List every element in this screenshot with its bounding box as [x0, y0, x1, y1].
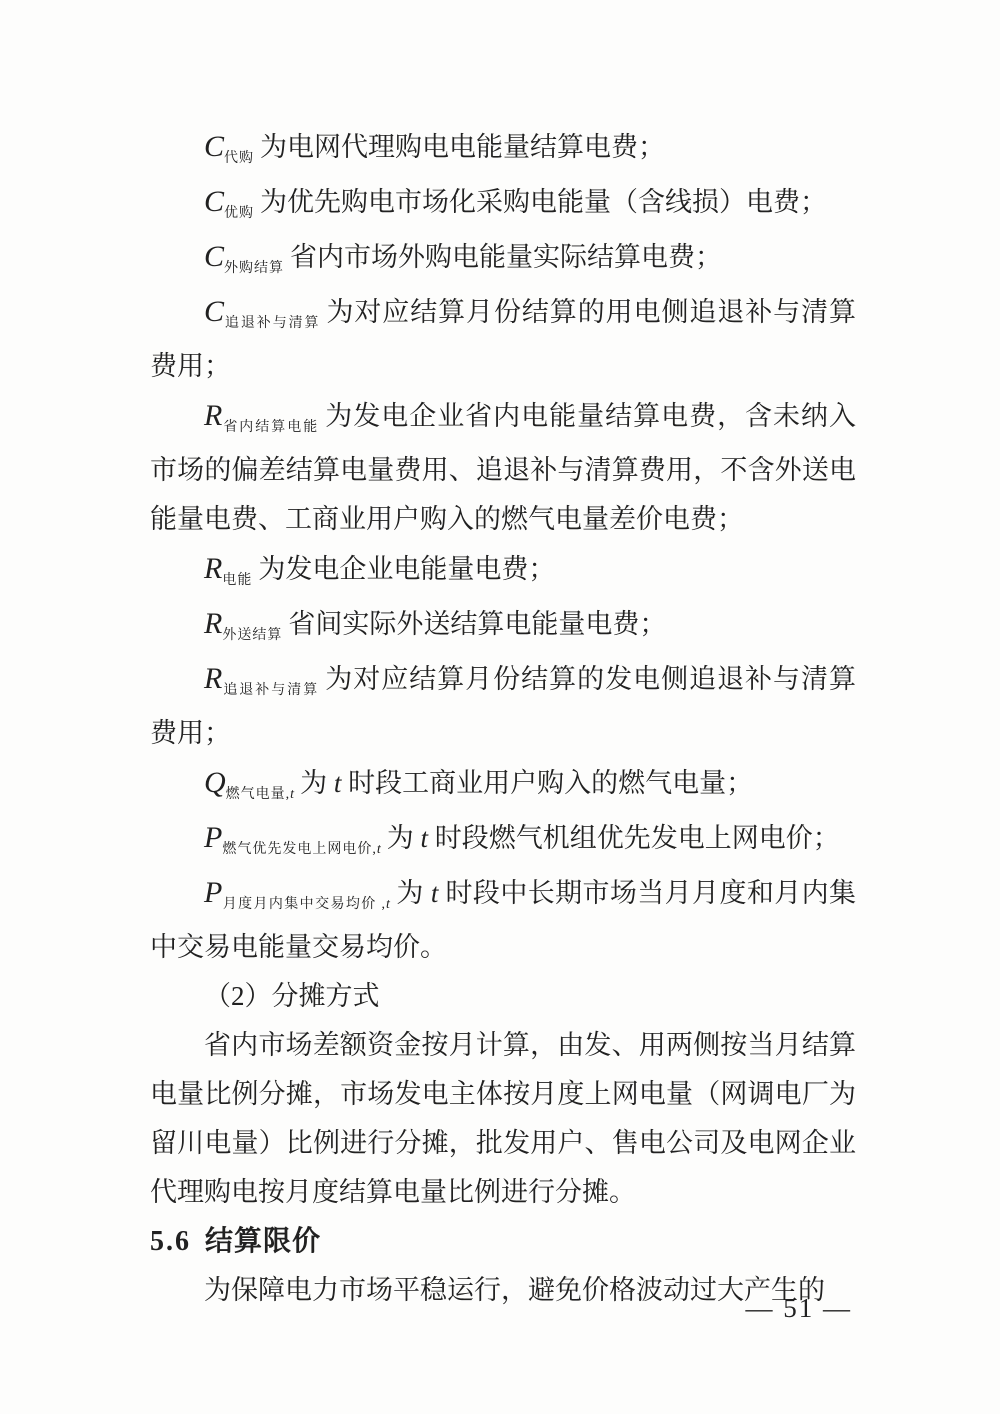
definition-paragraph: R追退补与清算为对应结算月份结算的发电侧追退补与清算费用； — [150, 654, 856, 758]
variable-subscript: 省内结算电能 — [222, 420, 319, 435]
subscript-time-index: t — [290, 787, 294, 802]
formula-variable: P月度月内集中交易均价 ,t — [204, 878, 390, 908]
subscript-time-index: t — [377, 842, 381, 857]
variable-subscript: 追退补与清算 — [224, 316, 320, 331]
variable-subscript: 代购 — [224, 151, 254, 166]
sub-item-heading: （2）分摊方式 — [150, 972, 856, 1021]
definition-text: 为发电企业电能量电费； — [258, 554, 555, 584]
variable-letter: P — [204, 821, 222, 854]
definition-paragraph: C优购为优先购电市场化采购电能量（含线损）电费； — [150, 177, 856, 232]
formula-variable: R外送结算 — [204, 609, 282, 639]
formula-variable: C外购结算 — [204, 242, 284, 272]
formula-variable: C代购 — [204, 132, 254, 162]
definition-paragraph: Q燃气电量,t为 t 时段工商业用户购入的燃气电量； — [150, 758, 856, 813]
variable-letter: C — [204, 130, 224, 163]
allocation-paragraph: 省内市场差额资金按月计算，由发、用两侧按当月结算电量比例分摊，市场发电主体按月度… — [150, 1021, 856, 1217]
section-number: 5.6 — [150, 1226, 191, 1257]
subscript-text: 追退补与清算 — [224, 316, 320, 331]
variable-letter: R — [204, 607, 222, 640]
subscript-text: 外购结算 — [224, 261, 284, 276]
page-number: — 51 — — [746, 1284, 853, 1333]
definition-text-after: 时段燃气机组优先发电上网电价； — [428, 823, 840, 853]
definition-text: 为 — [396, 878, 431, 908]
variable-subscript: 燃气电量,t — [226, 787, 294, 802]
variable-subscript: 电能 — [222, 573, 252, 588]
subscript-text: 燃气优先发电上网电价, — [222, 842, 377, 857]
variable-subscript: 优购 — [224, 206, 254, 221]
definition-paragraph: C代购为电网代理购电电能量结算电费； — [150, 122, 856, 177]
definition-paragraph: R电能为发电企业电能量电费； — [150, 544, 856, 599]
variable-subscript: 月度月内集中交易均价 ,t — [222, 897, 390, 912]
subscript-text: 月度月内集中交易均价 , — [222, 897, 386, 912]
definition-paragraph: C外购结算省内市场外购电能量实际结算电费； — [150, 232, 856, 287]
formula-variable: C追退补与清算 — [204, 297, 320, 327]
formula-variable: Q燃气电量,t — [204, 768, 294, 798]
variable-letter: R — [204, 662, 222, 695]
formula-variable: C优购 — [204, 187, 254, 217]
definition-text: 为 — [387, 823, 421, 853]
definition-text: 为 — [300, 768, 334, 798]
variable-letter: R — [204, 552, 222, 585]
definition-text: 省间实际外送结算电能量电费； — [288, 609, 666, 639]
definition-text: 省内市场外购电能量实际结算电费； — [290, 242, 722, 272]
formula-variable: P燃气优先发电上网电价,t — [204, 823, 381, 853]
variable-subscript: 外购结算 — [224, 261, 284, 276]
formula-variable: R省内结算电能 — [204, 401, 319, 431]
variable-letter: C — [204, 240, 224, 273]
subscript-text: 外送结算 — [222, 628, 282, 643]
time-index-t: t — [420, 823, 428, 853]
page-body: C代购为电网代理购电电能量结算电费；C优购为优先购电市场化采购电能量（含线损）电… — [150, 122, 856, 1315]
subscript-text: 优购 — [224, 206, 254, 221]
variable-subscript: 外送结算 — [222, 628, 282, 643]
section-title: 结算限价 — [205, 1226, 321, 1257]
formula-variable: R电能 — [204, 554, 252, 584]
definitions-list: C代购为电网代理购电电能量结算电费；C优购为优先购电市场化采购电能量（含线损）电… — [150, 122, 856, 972]
definition-paragraph: C追退补与清算为对应结算月份结算的用电侧追退补与清算费用； — [150, 287, 856, 391]
definition-paragraph: R省内结算电能为发电企业省内电能量结算电费，含未纳入市场的偏差结算电量费用、追退… — [150, 391, 856, 544]
formula-variable: R追退补与清算 — [204, 664, 319, 694]
variable-letter: Q — [204, 766, 226, 799]
subscript-text: 燃气电量, — [226, 787, 291, 802]
subscript-text: 电能 — [222, 573, 252, 588]
document-page: C代购为电网代理购电电能量结算电费；C优购为优先购电市场化采购电能量（含线损）电… — [0, 0, 1000, 1414]
definition-text-after: 时段工商业用户购入的燃气电量； — [341, 768, 753, 798]
variable-letter: P — [204, 876, 222, 909]
definition-paragraph: P月度月内集中交易均价 ,t为 t 时段中长期市场当月月度和月内集中交易电能量交… — [150, 868, 856, 972]
variable-letter: R — [204, 399, 222, 432]
definition-paragraph: R外送结算省间实际外送结算电能量电费； — [150, 599, 856, 654]
variable-subscript: 燃气优先发电上网电价,t — [222, 842, 380, 857]
definition-text: 为优先购电市场化采购电能量（含线损）电费； — [260, 187, 827, 217]
subscript-time-index: t — [386, 897, 390, 912]
subscript-text: 追退补与清算 — [222, 683, 319, 698]
section-heading: 5.6结算限价 — [150, 1217, 856, 1266]
definition-paragraph: P燃气优先发电上网电价,t为 t 时段燃气机组优先发电上网电价； — [150, 813, 856, 868]
variable-subscript: 追退补与清算 — [222, 683, 319, 698]
definition-text: 为电网代理购电电能量结算电费； — [260, 132, 665, 162]
subscript-text: 代购 — [224, 151, 254, 166]
variable-letter: C — [204, 185, 224, 218]
variable-letter: C — [204, 295, 224, 328]
subscript-text: 省内结算电能 — [222, 420, 319, 435]
